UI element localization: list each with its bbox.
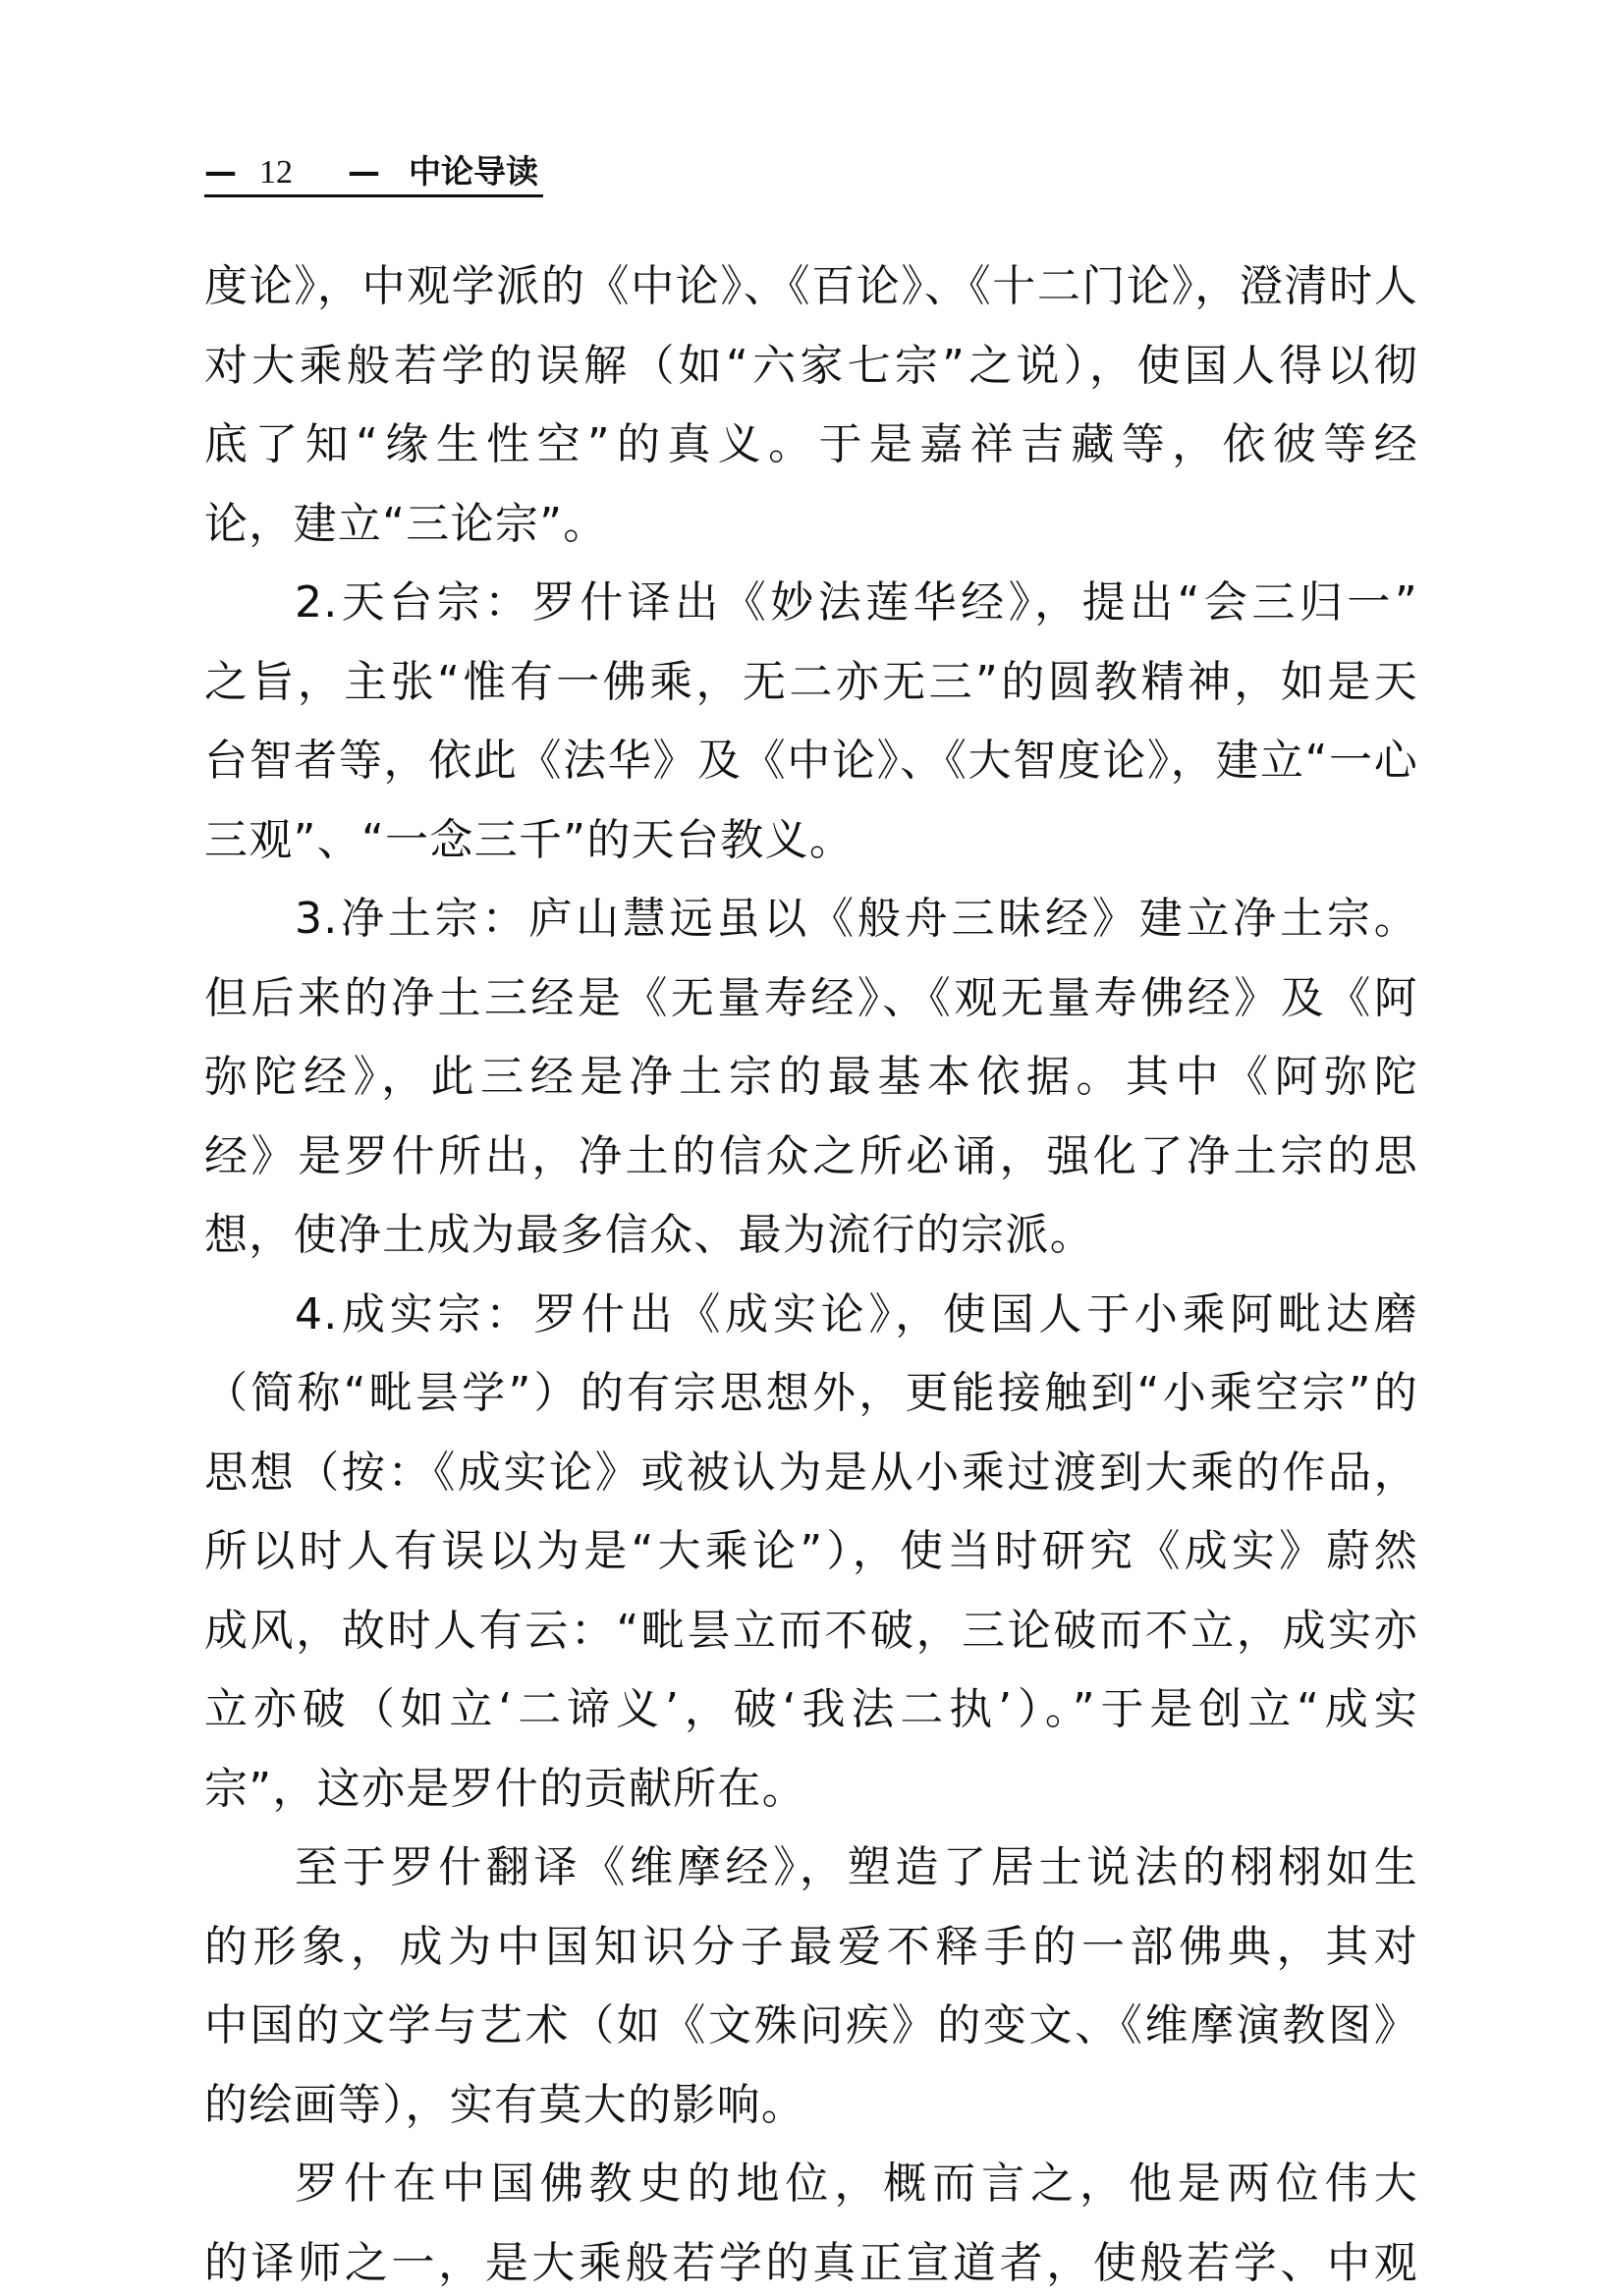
book-title: 中论导读 [409, 152, 538, 191]
header-dash-left: — [204, 149, 259, 194]
text-line: 的译师之一，是大乘般若学的真正宣道者，使般若学、中观 [204, 2224, 1418, 2296]
text-line: 度论》，中观学派的《中论》、《百论》、《十二门论》，澄清时人 [204, 247, 1418, 327]
header-dash-right: — [348, 149, 409, 194]
page-number: 12 [259, 150, 348, 195]
text-line: 的绘画等），实有莫大的影响。 [204, 2066, 1418, 2146]
text-line: 2.天台宗：罗什译出《妙法莲华经》，提出“会三归一” [204, 564, 1418, 643]
text-line: 三观”、“一念三千”的天台教义。 [204, 801, 1418, 881]
text-line: 罗什在中国佛教史的地位，概而言之，他是两位伟大 [204, 2145, 1418, 2224]
text-line: 中国的文学与艺术（如《文殊问疾》的变文、《维摩演教图》 [204, 1987, 1418, 2066]
running-header: —12—中论导读 [204, 149, 543, 197]
text-line: 台智者等，依此《法华》及《中论》、《大智度论》，建立“一心 [204, 722, 1418, 801]
text-line: 弥陀经》，此三经是净土宗的最基本依据。其中《阿弥陀 [204, 1038, 1418, 1118]
text-line: 的形象，成为中国知识分子最爱不释手的一部佛典，其对 [204, 1908, 1418, 1988]
text-line: 宗”，这亦是罗什的贡献所在。 [204, 1750, 1418, 1830]
text-line: 立亦破（如立‘二谛义’，破‘我法二执’）。”于是创立“成实 [204, 1670, 1418, 1750]
body-text: 度论》，中观学派的《中论》、《百论》、《十二门论》，澄清时人对大乘般若学的误解（… [204, 247, 1418, 2296]
text-line: 对大乘般若学的误解（如“六家七宗”之说），使国人得以彻 [204, 327, 1418, 407]
text-line: 但后来的净土三经是《无量寿经》、《观无量寿佛经》及《阿 [204, 959, 1418, 1039]
text-line: 所以时人有误以为是“大乘论”），使当时研究《成实》蔚然 [204, 1512, 1418, 1592]
text-line: 3.净土宗：庐山慧远虽以《般舟三昧经》建立净土宗。 [204, 880, 1418, 959]
text-line: 想，使净土成为最多信众、最为流行的宗派。 [204, 1196, 1418, 1276]
text-line: 底了知“缘生性空”的真义。于是嘉祥吉藏等，依彼等经 [204, 406, 1418, 485]
text-line: 之旨，主张“惟有一佛乘，无二亦无三”的圆教精神，如是天 [204, 643, 1418, 723]
text-line: 论，建立“三论宗”。 [204, 485, 1418, 565]
text-line: 至于罗什翻译《维摩经》，塑造了居士说法的栩栩如生 [204, 1829, 1418, 1908]
text-line: 经》是罗什所出，净土的信众之所必诵，强化了净土宗的思 [204, 1118, 1418, 1197]
text-line: 思想（按：《成实论》或被认为是从小乘过渡到大乘的作品， [204, 1434, 1418, 1513]
text-line: 4.成实宗：罗什出《成实论》，使国人于小乘阿毗达磨 [204, 1276, 1418, 1355]
text-line: 成风，故时人有云：“毗昙立而不破，三论破而不立，成实亦 [204, 1592, 1418, 1671]
text-line: （简称“毗昙学”）的有宗思想外，更能接触到“小乘空宗”的 [204, 1354, 1418, 1434]
